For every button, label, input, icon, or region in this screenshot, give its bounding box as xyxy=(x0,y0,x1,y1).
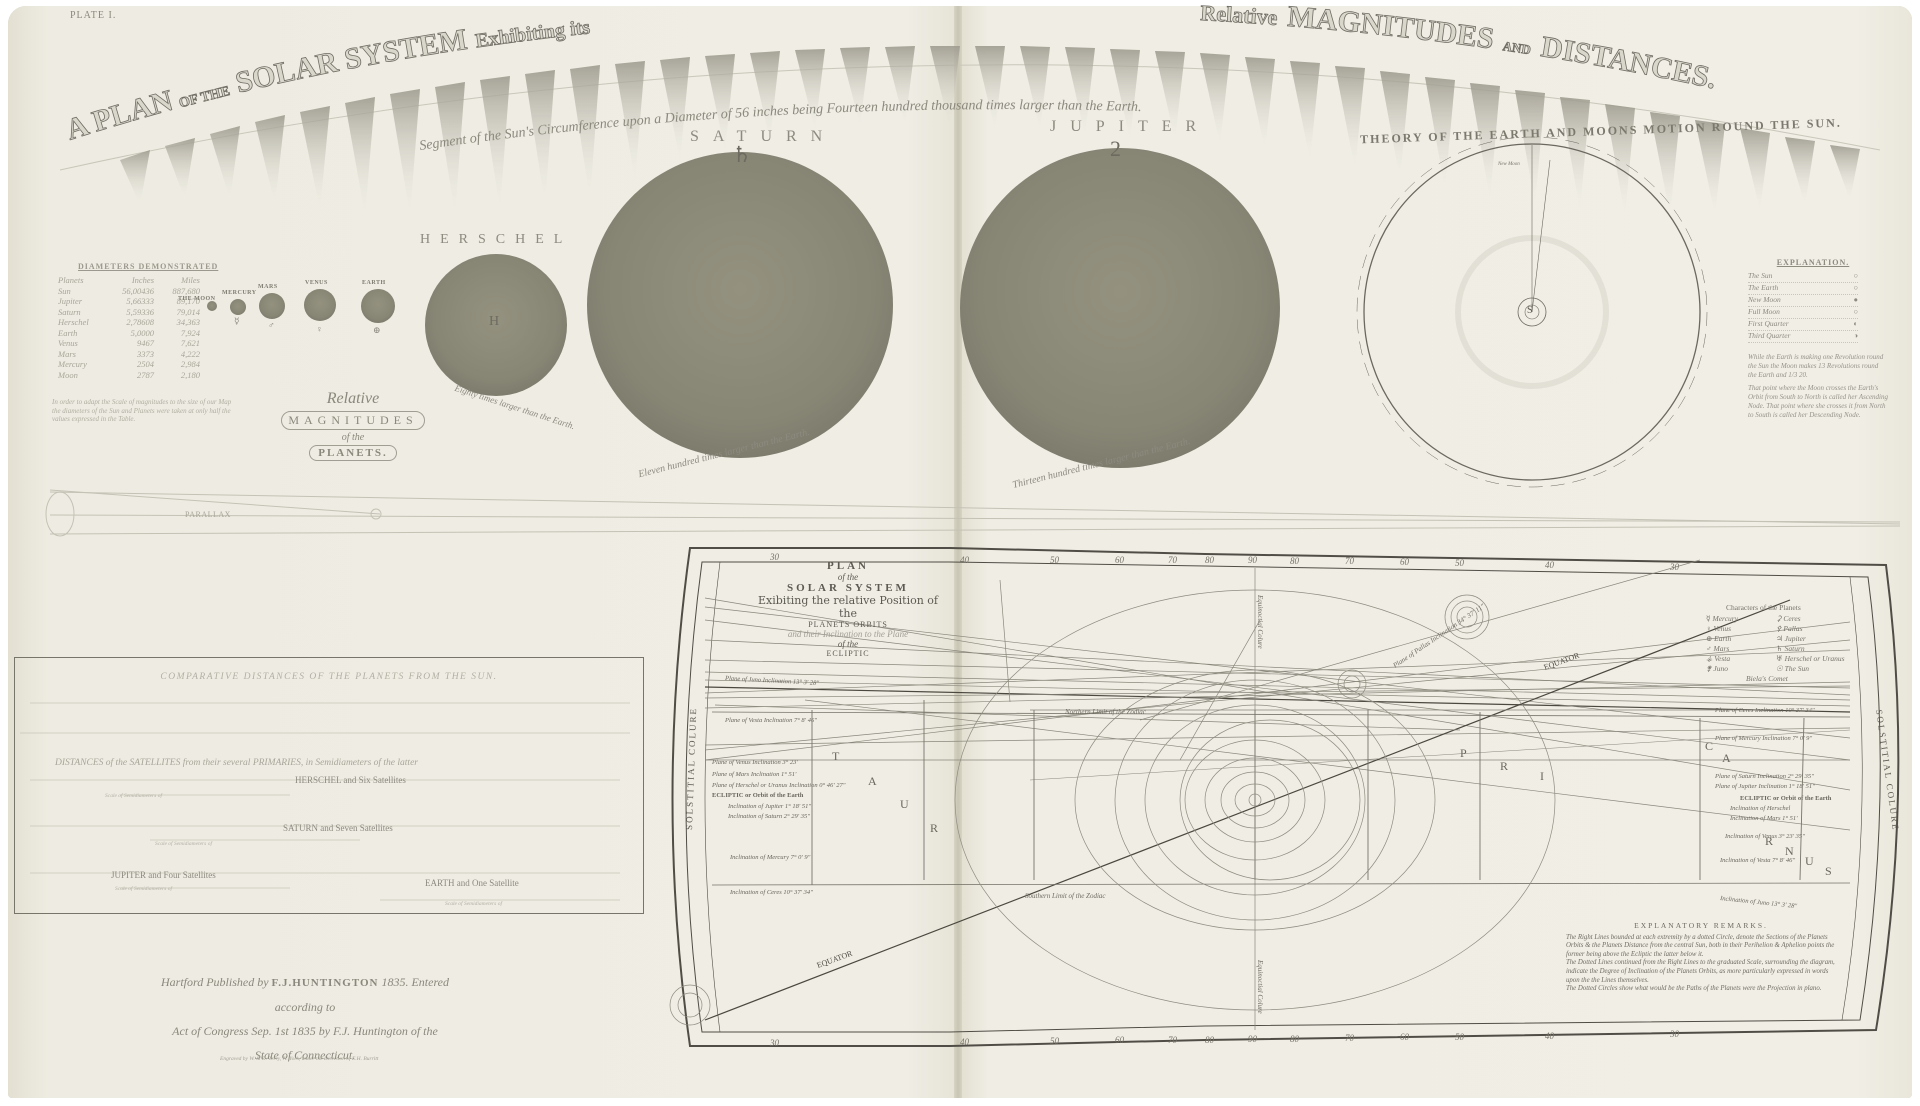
svg-text:50: 50 xyxy=(1050,555,1060,565)
svg-text:90: 90 xyxy=(1248,555,1258,565)
mars-icon: ♂ xyxy=(1706,644,1712,653)
venus-icon: ♀ xyxy=(1706,624,1712,633)
table-row: Mercury25042,984 xyxy=(58,359,218,370)
legend-item: ☿ Mercury xyxy=(1706,614,1776,623)
svg-text:C: C xyxy=(1705,739,1713,753)
table-row: Moon27872,180 xyxy=(58,370,218,381)
left-solstitial-colure: SOLSTITIAL COLURE xyxy=(684,707,698,830)
svg-text:U: U xyxy=(900,797,909,811)
third-quarter-icon: ◑ xyxy=(1853,331,1858,342)
earth-symbol-icon: ⊕ xyxy=(373,325,381,336)
svg-text:R: R xyxy=(1765,834,1773,848)
svg-text:Inclination of Ceres 10° 37' 3: Inclination of Ceres 10° 37' 34" xyxy=(729,889,813,896)
full-moon-icon: ○ xyxy=(1853,307,1858,318)
svg-text:40: 40 xyxy=(1545,560,1555,570)
juno-icon: ⚵ xyxy=(1706,664,1712,673)
svg-text:ECLIPTIC or Orbit of the Earth: ECLIPTIC or Orbit of the Earth xyxy=(712,792,804,799)
svg-text:70: 70 xyxy=(1168,555,1178,565)
svg-text:50: 50 xyxy=(1050,1036,1060,1046)
table-row: Mars33734,222 xyxy=(58,349,218,360)
legend-item: ⊕ Earth xyxy=(1706,634,1776,643)
vesta-icon: ⚶ xyxy=(1706,654,1712,663)
plan-title-cartouche: PLAN of the SOLAR SYSTEM Exibiting the r… xyxy=(748,560,948,658)
saturn-symbol-icon: ♄ xyxy=(732,142,752,168)
svg-text:Inclination of Juno 13° 3' 28": Inclination of Juno 13° 3' 28" xyxy=(1719,895,1798,910)
legend-item: Full Moon○ xyxy=(1748,307,1858,319)
legend-item: ♀ Venus xyxy=(1706,624,1776,633)
new-moon-marker: New Moon xyxy=(1498,162,1520,167)
earth-scale-note: Scale of Semidiameters of xyxy=(445,901,502,907)
legend-item: ⚴ Pallas xyxy=(1776,624,1866,633)
publisher-name: F.J.HUNTINGTON xyxy=(272,977,379,989)
legend-item: The Earth○ xyxy=(1748,283,1858,295)
comet-label: Biela's Comet xyxy=(1706,674,1876,683)
engraver-credit: Engraved by W. & D. Terry, N. York, unde… xyxy=(220,1056,378,1062)
jupiter-label: JUPITER xyxy=(1050,118,1210,136)
herschel-label: HERSCHEL xyxy=(420,232,572,248)
relative-magnitudes-cartouche: Relative MAGNITUDES of the PLANETS. xyxy=(258,390,448,461)
svg-text:Inclination of Jupiter 1° 18': Inclination of Jupiter 1° 18' 51" xyxy=(727,803,811,810)
right-plane-labels: Plane of Ceres Inclination 10° 37' 34" P… xyxy=(1714,707,1832,910)
equator-label-right: EQUATOR xyxy=(1543,650,1582,671)
svg-text:R: R xyxy=(930,821,938,835)
header-planets: Planets xyxy=(58,275,108,286)
jupiter-satellites-label: JUPITER and Four Satellites xyxy=(111,870,216,880)
mercury-symbol-icon: ☿ xyxy=(234,316,240,327)
equinoctial-colure-bottom: Equinoctial Colure xyxy=(1256,959,1264,1014)
publisher-imprint: Hartford Published by F.J.HUNTINGTON 183… xyxy=(140,970,470,1067)
legend-item: Third Quarter◑ xyxy=(1748,331,1858,343)
explanation-panel: EXPLANATION. The Sun○ The Earth○ New Moo… xyxy=(1748,258,1908,420)
legend-item: New Moon● xyxy=(1748,295,1858,307)
herschel-satellites-label: HERSCHEL and Six Satellites xyxy=(295,775,406,785)
equinoctial-colure-top: Equinoctial Colure xyxy=(1256,594,1264,649)
svg-text:ECLIPTIC or Orbit of the Earth: ECLIPTIC or Orbit of the Earth xyxy=(1740,795,1832,802)
plate-label: PLATE I. xyxy=(70,10,116,21)
left-plane-labels: Plane of Juno Inclination 13° 3' 28" Pla… xyxy=(711,675,846,896)
earth-label: EARTH xyxy=(362,280,386,286)
svg-text:P: P xyxy=(1460,746,1467,760)
atlas-plate: A PLANOF THESOLAR SYSTEMExhibiting its R… xyxy=(0,0,1920,1106)
svg-text:S: S xyxy=(1825,864,1832,878)
svg-text:30: 30 xyxy=(769,1038,780,1048)
mercury-label: MERCURY xyxy=(222,290,257,296)
ceres-icon: ⚳ xyxy=(1776,614,1782,623)
comparative-title: COMPARATIVE DISTANCES OF THE PLANETS FRO… xyxy=(15,672,643,682)
right-solstitial-colure: SOLSTITIAL COLURE xyxy=(1874,709,1901,832)
svg-text:Inclination of Vesta 7° 8' 46": Inclination of Vesta 7° 8' 46" xyxy=(1719,857,1795,864)
svg-text:Inclination of Mars 1° 51': Inclination of Mars 1° 51' xyxy=(1729,815,1798,822)
legend-item: ♂ Mars xyxy=(1706,644,1776,653)
svg-text:Plane of Juno Inclination 13°: Plane of Juno Inclination 13° 3' 28" xyxy=(724,675,820,687)
venus-symbol-icon: ♀ xyxy=(316,324,323,334)
table-title: DIAMETERS DEMONSTRATED xyxy=(58,262,218,271)
svg-text:Inclination of Herschel: Inclination of Herschel xyxy=(1729,805,1790,812)
svg-text:Plane of Ceres Inclination 10°: Plane of Ceres Inclination 10° 37' 34" xyxy=(1714,707,1815,714)
northern-limit-label: Northern Limit of the Zodiac xyxy=(1064,708,1147,716)
svg-text:70: 70 xyxy=(1345,556,1355,566)
moon-label: THE MOON xyxy=(178,296,216,302)
svg-text:50: 50 xyxy=(1455,558,1465,568)
pallas-plane-label: Plane of Pallas Inclination 34° 37' 11" xyxy=(1391,602,1486,670)
svg-text:40: 40 xyxy=(1545,1031,1555,1041)
diameter-table: DIAMETERS DEMONSTRATED Planets Inches Mi… xyxy=(58,262,218,380)
svg-text:U: U xyxy=(1805,854,1814,868)
svg-text:Inclination of Saturn 2° 29' 3: Inclination of Saturn 2° 29' 35" xyxy=(727,813,810,820)
header-inches: Inches xyxy=(108,275,154,286)
svg-text:A: A xyxy=(868,774,877,788)
herschel-symbol-icon: H xyxy=(489,314,499,330)
legend-item: ⚶ Vesta xyxy=(1706,654,1776,663)
svg-text:90: 90 xyxy=(1248,1034,1258,1044)
svg-text:N: N xyxy=(1785,844,1794,858)
main-title-right: RelativeMAGNITUDESANDDISTANCES. xyxy=(1200,0,1720,95)
satellites-title: DISTANCES of the SATELLITES from their s… xyxy=(55,758,418,768)
legend-item: The Sun○ xyxy=(1748,271,1858,283)
legend-item: ⚵ Juno xyxy=(1706,664,1776,673)
jupiter-disc xyxy=(960,148,1280,468)
svg-text:60: 60 xyxy=(1115,1035,1125,1045)
table-row: Earth5,00007,924 xyxy=(58,328,218,339)
table-row: Herschel2,7860834,363 xyxy=(58,317,218,328)
comparative-distances-box: COMPARATIVE DISTANCES OF THE PLANETS FRO… xyxy=(14,657,644,914)
saturn-disc xyxy=(587,152,893,458)
header-miles: Miles xyxy=(154,275,200,286)
svg-text:Inclination of Mercury 7° 0' 9: Inclination of Mercury 7° 0' 9" xyxy=(729,854,811,861)
southern-limit-label: Southern Limit of the Zodiac xyxy=(1025,892,1106,900)
svg-text:50: 50 xyxy=(1455,1032,1465,1042)
planet-characters-legend: Characters of the Planets ☿ Mercury ⚳ Ce… xyxy=(1706,603,1876,683)
svg-text:Plane of Herschel or Uranus In: Plane of Herschel or Uranus Inclination … xyxy=(711,782,846,789)
mars-symbol-icon: ♂ xyxy=(268,320,275,330)
table-header-row: Planets Inches Miles xyxy=(58,275,218,286)
venus-label: VENUS xyxy=(305,280,328,286)
svg-text:80: 80 xyxy=(1205,555,1215,565)
legend-item: ♄ Saturn xyxy=(1776,644,1866,653)
svg-text:Plane of Venus Inclination 3°: Plane of Venus Inclination 3° 23' xyxy=(711,759,798,766)
table-row: Venus94677,621 xyxy=(58,338,218,349)
svg-text:40: 40 xyxy=(960,1037,970,1047)
earth-satellite-label: EARTH and One Satellite xyxy=(425,878,519,888)
svg-text:40: 40 xyxy=(960,555,970,565)
svg-text:30: 30 xyxy=(1669,562,1680,572)
svg-text:60: 60 xyxy=(1400,1032,1410,1042)
svg-text:I: I xyxy=(1540,769,1544,783)
jupiter-scale-note: Scale of Semidiameters of xyxy=(115,886,172,892)
svg-text:Plane of Mars Inclination 1° 5: Plane of Mars Inclination 1° 51' xyxy=(711,771,797,778)
saturn-scale-note: Scale of Semidiameters of xyxy=(155,841,212,847)
earth-mark-icon: ○ xyxy=(1853,283,1858,294)
svg-text:70: 70 xyxy=(1345,1033,1355,1043)
herschel-scale-note: Scale of Semidiameters of xyxy=(105,793,162,799)
saturn-satellites-label: SATURN and Seven Satellites xyxy=(283,823,393,833)
equator-label-left: EQUATOR xyxy=(816,948,855,969)
sun-mark-icon: ○ xyxy=(1853,271,1858,282)
mercury-icon: ☿ xyxy=(1706,614,1711,623)
svg-text:70: 70 xyxy=(1168,1035,1178,1045)
svg-text:A: A xyxy=(1722,751,1731,765)
uranus-icon: ♅ xyxy=(1776,654,1783,663)
saturn-label: SATURN xyxy=(690,128,836,146)
table-note: In order to adapt the Scale of magnitude… xyxy=(52,398,232,424)
new-moon-icon: ● xyxy=(1853,295,1858,306)
legend-item: First Quarter◐ xyxy=(1748,319,1858,331)
svg-text:R: R xyxy=(1500,759,1508,773)
jupiter-symbol-icon: 2 xyxy=(1110,136,1121,162)
table-row: Saturn5,5933679,014 xyxy=(58,307,218,318)
parallax-label: PARALLAX xyxy=(185,510,231,519)
jupiter-icon: ♃ xyxy=(1776,634,1783,643)
svg-text:Plane of Jupiter Inclination 1: Plane of Jupiter Inclination 1° 18' 51" xyxy=(1714,783,1815,790)
legend-item: ☉ The Sun xyxy=(1776,664,1866,673)
svg-text:80: 80 xyxy=(1290,1034,1300,1044)
svg-text:30: 30 xyxy=(1669,1029,1680,1039)
vertical-meridians xyxy=(712,700,1850,885)
sun-symbol-icon: S xyxy=(1527,305,1533,316)
svg-text:Plane of Vesta Inclination 7°: Plane of Vesta Inclination 7° 8' 46" xyxy=(724,717,817,724)
svg-text:T: T xyxy=(832,749,840,763)
table-row: Sun56,00436887,680 xyxy=(58,286,218,297)
pallas-icon: ⚴ xyxy=(1776,624,1782,633)
svg-text:60: 60 xyxy=(1115,555,1125,565)
parallax-diagram xyxy=(46,490,1900,536)
legend-item: ⚳ Ceres xyxy=(1776,614,1866,623)
sun-icon: ☉ xyxy=(1776,664,1783,673)
saturn-icon: ♄ xyxy=(1776,644,1783,653)
svg-text:Plane of Mercury Inclination 7: Plane of Mercury Inclination 7° 0' 9" xyxy=(1714,735,1812,742)
legend-item: ♃ Jupiter xyxy=(1776,634,1866,643)
explanatory-remarks: EXPLANATORY REMARKS. The Right Lines bou… xyxy=(1566,922,1836,994)
svg-text:80: 80 xyxy=(1205,1035,1215,1045)
svg-text:Plane of Saturn Inclination 2°: Plane of Saturn Inclination 2° 29' 35" xyxy=(1714,773,1814,780)
legend-item: ♅ Herschel or Uranus xyxy=(1776,654,1866,663)
earth-icon: ⊕ xyxy=(1706,634,1712,643)
svg-text:60: 60 xyxy=(1400,557,1410,567)
first-quarter-icon: ◐ xyxy=(1853,319,1858,330)
mars-label: MARS xyxy=(258,284,278,290)
svg-text:80: 80 xyxy=(1290,556,1300,566)
